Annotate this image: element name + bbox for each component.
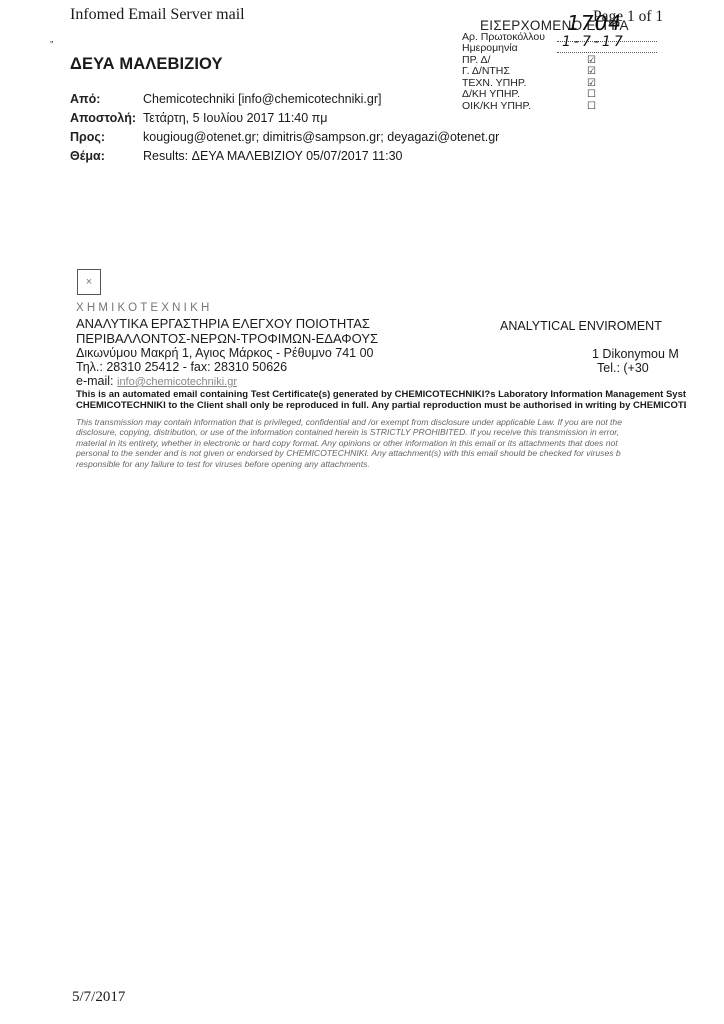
disclaimer-line: disclosure, copying, distribution, or us… xyxy=(76,427,686,437)
email-subject-row: Θέμα:Results: ΔΕΥΑ ΜΑΛΕΒΙΖΙΟΥ 05/07/2017… xyxy=(70,149,403,163)
stamp-label: ΠΡ. Δ/ xyxy=(462,54,490,66)
automated-notice: This is an automated email containing Te… xyxy=(76,390,686,411)
signature-email-link[interactable]: info@chemicotechniki.gr xyxy=(117,376,237,388)
disclaimer-line: This transmission may contain informatio… xyxy=(76,417,686,427)
subject-label: Θέμα: xyxy=(70,149,143,163)
incoming-document-stamp: ΕΙΣΕΡΧΟΜΕΝΟ ΕΓΓΡΑ Αρ. Πρωτοκόλλου 1704 Η… xyxy=(462,20,662,112)
email-sent-row: Αποστολή:Τετάρτη, 5 Ιουλίου 2017 11:40 π… xyxy=(70,111,328,125)
signature-line: ΑΝΑΛΥΤΙΚΑ ΕΡΓΑΣΤΗΡΙΑ ΕΛΕΓΧΟΥ ΠΟΙΟΤΗΤΑΣ xyxy=(76,316,370,331)
checkbox-icon: ☑ xyxy=(587,78,596,90)
signature-en-title: ANALYTICAL ENVIROMENT xyxy=(500,319,687,333)
stamp-label: Αρ. Πρωτοκόλλου xyxy=(462,31,545,43)
to-label: Προς: xyxy=(70,130,143,144)
subject-value: Results: ΔΕΥΑ ΜΑΛΕΒΙΖΙΟΥ 05/07/2017 11:3… xyxy=(143,149,403,163)
disclaimer-line: personal to the sender and is not given … xyxy=(76,448,686,458)
sender-organization: ΔΕΥΑ ΜΑΛΕΒΙΖΙΟΥ xyxy=(70,55,223,74)
signature-address: Δικωνύμου Μακρή 1, Αγιος Μάρκος - Ρέθυμν… xyxy=(76,346,374,360)
confidentiality-disclaimer: This transmission may contain informatio… xyxy=(76,417,686,469)
signature-phone: Τηλ.: 28310 25412 - fax: 28310 50626 xyxy=(76,360,287,374)
broken-image-icon: × xyxy=(77,269,101,295)
handwritten-date: 1-7-17 xyxy=(562,37,626,49)
sent-label: Αποστολή: xyxy=(70,111,143,125)
notice-line: This is an automated email containing Te… xyxy=(76,390,686,401)
email-to-row: Προς:kougioug@otenet.gr; dimitris@sampso… xyxy=(70,130,499,144)
stamp-row: ΟΙΚ/ΚΗ ΥΠΗΡ. ☐ xyxy=(462,101,662,113)
checkbox-icon: ☑ xyxy=(587,66,596,78)
disclaimer-line: responsible for any failure to test for … xyxy=(76,459,686,469)
to-value: kougioug@otenet.gr; dimitris@sampson.gr;… xyxy=(143,130,499,144)
stamp-label: ΟΙΚ/ΚΗ ΥΠΗΡ. xyxy=(462,100,531,112)
from-value: Chemicotechniki [info@chemicotechniki.gr… xyxy=(143,92,381,106)
signature-email-label: e-mail: xyxy=(76,374,114,388)
disclaimer-line: material in its entirety, whether in ele… xyxy=(76,438,686,448)
stamp-label: Γ. Δ/ΝΤΗΣ xyxy=(462,65,510,77)
print-date: 5/7/2017 xyxy=(72,989,125,1006)
checkbox-icon: ☐ xyxy=(587,89,596,101)
signature-line: ΠΕΡΙΒΑΛΛΟΝΤΟΣ-ΝΕΡΩΝ-ΤΡΟΦΙΜΩΝ-ΕΔΑΦΟΥΣ xyxy=(76,331,378,346)
from-label: Από: xyxy=(70,92,143,106)
scan-artifact: „ xyxy=(50,34,53,45)
stamp-label: Δ/ΚΗ ΥΠΗΡ. xyxy=(462,88,520,100)
company-brand: ΧΗΜΙΚΟΤΕΧΝΙΚΗ xyxy=(76,302,212,314)
signature-en-address: 1 Dikonymou M xyxy=(592,347,687,361)
signature-en-tel: Tel.: (+30 xyxy=(597,361,687,375)
print-header-title: Infomed Email Server mail xyxy=(70,6,245,24)
notice-line: CHEMICOTECHNIKI to the Client shall only… xyxy=(76,401,686,412)
checkbox-icon: ☑ xyxy=(587,55,596,67)
stamp-row-date: Ημερομηνία 1-7-17 xyxy=(462,43,662,55)
checkbox-icon: ☐ xyxy=(587,101,596,113)
handwritten-protocol-number: 1704 xyxy=(567,18,622,30)
stamp-label: ΤΕΧΝ. ΥΠΗΡ. xyxy=(462,77,526,89)
signature-email-row: e-mail: info@chemicotechniki.gr xyxy=(76,374,237,388)
email-from-row: Από:Chemicotechniki [info@chemicotechnik… xyxy=(70,92,381,106)
sent-value: Τετάρτη, 5 Ιουλίου 2017 11:40 πμ xyxy=(143,111,328,125)
stamp-label: Ημερομηνία xyxy=(462,42,518,54)
